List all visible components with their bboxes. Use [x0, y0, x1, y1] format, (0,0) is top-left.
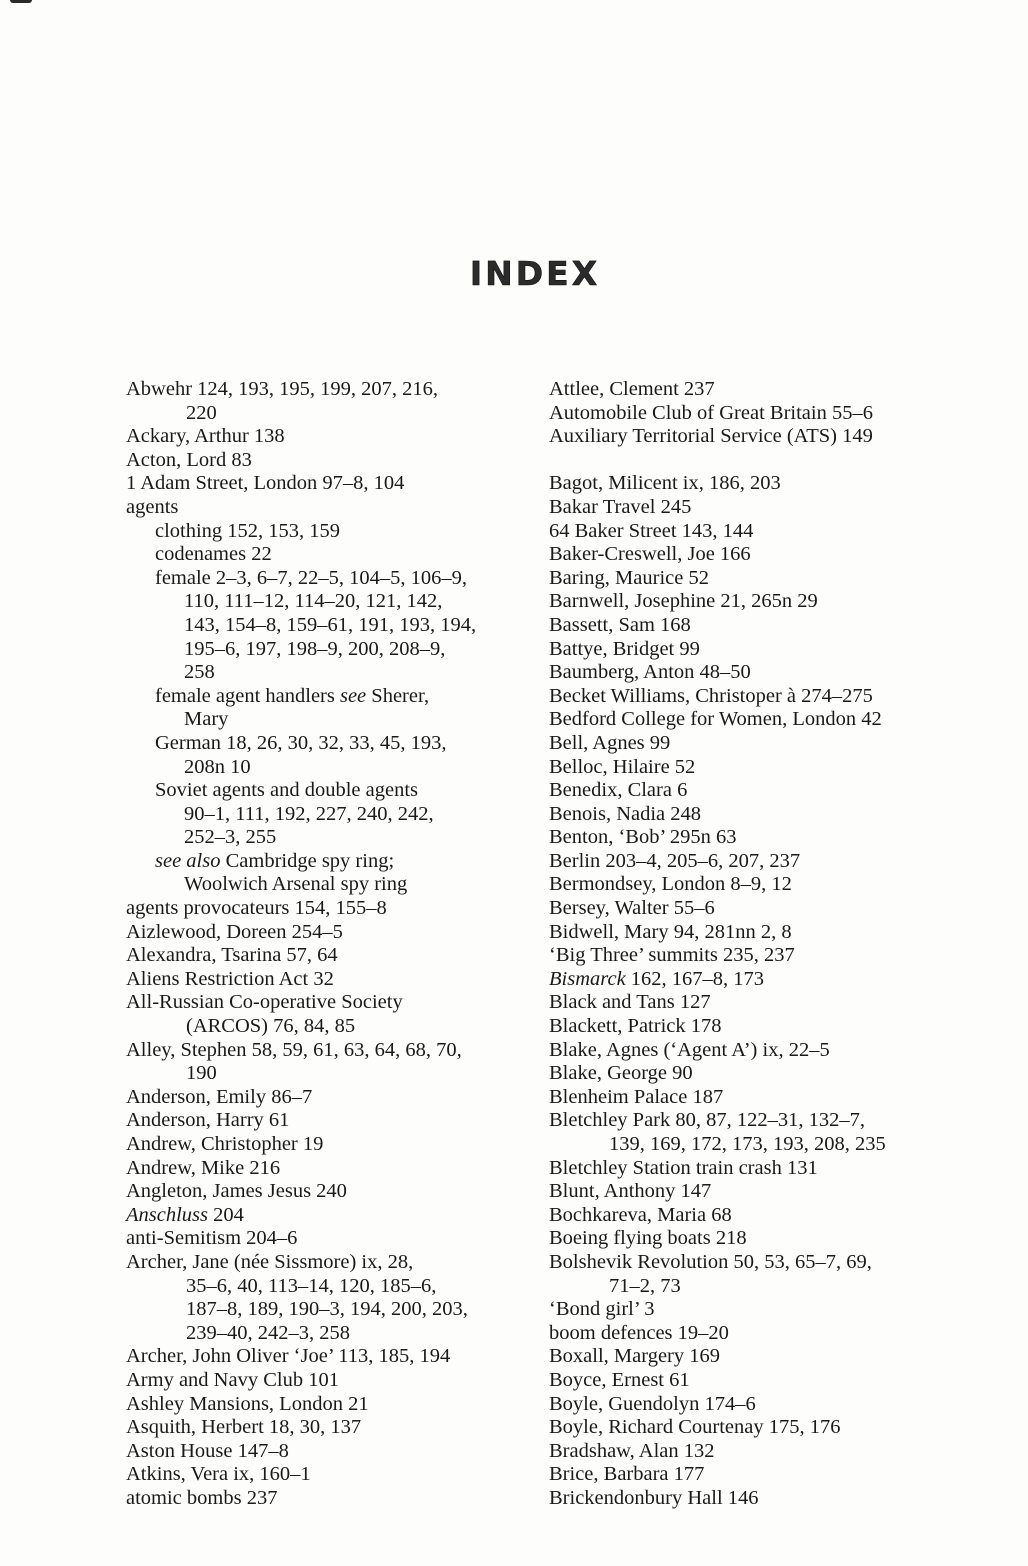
index-entry-line: Ackary, Arthur 138 — [126, 425, 536, 449]
index-entry-continuation: 195–6, 197, 198–9, 200, 208–9, — [126, 638, 536, 662]
index-entry: German 18, 26, 30, 32, 33, 45, 193,208n … — [126, 732, 536, 779]
page-title: INDEX — [0, 254, 1028, 293]
index-entry-line: Battye, Bridget 99 — [549, 638, 949, 662]
index-entry: Aston House 147–8 — [126, 1440, 536, 1464]
index-entry-line: Baker-Creswell, Joe 166 — [549, 543, 949, 567]
index-entry: female agent handlers see Sherer,Mary — [126, 685, 536, 732]
index-entry: Baring, Maurice 52 — [549, 567, 949, 591]
index-entry: Aizlewood, Doreen 254–5 — [126, 921, 536, 945]
italic-term: Bismarck — [549, 968, 626, 990]
index-entry: Bedford College for Women, London 42 — [549, 708, 949, 732]
index-entry: Andrew, Mike 216 — [126, 1157, 536, 1181]
index-entry-line: Brice, Barbara 177 — [549, 1463, 949, 1487]
index-entry-line: atomic bombs 237 — [126, 1487, 536, 1511]
index-entry: Becket Williams, Christoper à 274–275 — [549, 685, 949, 709]
index-entry-line: Baumberg, Anton 48–50 — [549, 661, 949, 685]
index-entry-continuation: 187–8, 189, 190–3, 194, 200, 203, — [126, 1298, 536, 1322]
index-entry-line: Belloc, Hilaire 52 — [549, 756, 949, 780]
index-entry: Blake, Agnes (‘Agent A’) ix, 22–5 — [549, 1039, 949, 1063]
index-entry-line: Benois, Nadia 248 — [549, 803, 949, 827]
index-entry: Boeing flying boats 218 — [549, 1227, 949, 1251]
index-entry-line: Blenheim Palace 187 — [549, 1086, 949, 1110]
index-entry-line: Becket Williams, Christoper à 274–275 — [549, 685, 949, 709]
index-entry: Alexandra, Tsarina 57, 64 — [126, 944, 536, 968]
index-entry-line: Abwehr 124, 193, 195, 199, 207, 216, — [126, 378, 536, 402]
index-entry: Berlin 203–4, 205–6, 207, 237 — [549, 850, 949, 874]
index-entry: Bletchley Station train crash 131 — [549, 1157, 949, 1181]
index-entry: atomic bombs 237 — [126, 1487, 536, 1511]
index-entry: Anderson, Emily 86–7 — [126, 1086, 536, 1110]
index-entry-line: Bletchley Park 80, 87, 122–31, 132–7, — [549, 1109, 949, 1133]
index-entry: Bletchley Park 80, 87, 122–31, 132–7,139… — [549, 1109, 949, 1156]
index-entry: Soviet agents and double agents90–1, 111… — [126, 779, 536, 850]
index-entry: Baker-Creswell, Joe 166 — [549, 543, 949, 567]
index-entry: Bolshevik Revolution 50, 53, 65–7, 69,71… — [549, 1251, 949, 1298]
index-entry: Anschluss 204 — [126, 1204, 536, 1228]
index-entry-continuation: 239–40, 242–3, 258 — [126, 1322, 536, 1346]
index-entry-line: Bradshaw, Alan 132 — [549, 1440, 949, 1464]
index-entry-line: Auxiliary Territorial Service (ATS) 149 — [549, 425, 949, 449]
index-entry-continuation: 258 — [126, 661, 536, 685]
index-entry: Bradshaw, Alan 132 — [549, 1440, 949, 1464]
index-entry-line: Brickendonbury Hall 146 — [549, 1487, 949, 1511]
index-entry-line: Bagot, Milicent ix, 186, 203 — [549, 472, 949, 496]
index-column-left: Abwehr 124, 193, 195, 199, 207, 216,220A… — [126, 378, 536, 1511]
index-entry: Baumberg, Anton 48–50 — [549, 661, 949, 685]
index-entry: Brice, Barbara 177 — [549, 1463, 949, 1487]
index-entry-line: Ashley Mansions, London 21 — [126, 1393, 536, 1417]
index-entry: Benton, ‘Bob’ 295n 63 — [549, 826, 949, 850]
index-entry-line: Alley, Stephen 58, 59, 61, 63, 64, 68, 7… — [126, 1039, 536, 1063]
index-entry: boom defences 19–20 — [549, 1322, 949, 1346]
letter-section-gap — [549, 449, 949, 473]
index-entry-continuation: (ARCOS) 76, 84, 85 — [126, 1015, 536, 1039]
italic-term: Anschluss — [126, 1204, 208, 1226]
index-entry: Alley, Stephen 58, 59, 61, 63, 64, 68, 7… — [126, 1039, 536, 1086]
index-entry-line: boom defences 19–20 — [549, 1322, 949, 1346]
cross-reference-see: see — [340, 685, 366, 707]
index-entry-continuation: 110, 111–12, 114–20, 121, 142, — [126, 590, 536, 614]
index-entry-continuation: Woolwich Arsenal spy ring — [126, 873, 536, 897]
index-entry: Ashley Mansions, London 21 — [126, 1393, 536, 1417]
index-entry: Bermondsey, London 8–9, 12 — [549, 873, 949, 897]
index-entry: agents provocateurs 154, 155–8 — [126, 897, 536, 921]
index-entry-line: Bolshevik Revolution 50, 53, 65–7, 69, — [549, 1251, 949, 1275]
index-entry: Aliens Restriction Act 32 — [126, 968, 536, 992]
index-entry-line: clothing 152, 153, 159 — [126, 520, 536, 544]
index-entry: Bagot, Milicent ix, 186, 203 — [549, 472, 949, 496]
index-entry: agents — [126, 496, 536, 520]
index-entry-continuation: 252–3, 255 — [126, 826, 536, 850]
index-entry-line: female 2–3, 6–7, 22–5, 104–5, 106–9, — [126, 567, 536, 591]
index-entry-line: female agent handlers see Sherer, — [126, 685, 536, 709]
index-entry: codenames 22 — [126, 543, 536, 567]
index-entry-line: Soviet agents and double agents — [126, 779, 536, 803]
index-entry: Blackett, Patrick 178 — [549, 1015, 949, 1039]
index-entry-continuation: 220 — [126, 402, 536, 426]
index-entry: Boxall, Margery 169 — [549, 1345, 949, 1369]
index-entry-line: Aston House 147–8 — [126, 1440, 536, 1464]
index-entry-line: Anderson, Emily 86–7 — [126, 1086, 536, 1110]
index-entry-line: Blake, George 90 — [549, 1062, 949, 1086]
index-entry-line: Archer, John Oliver ‘Joe’ 113, 185, 194 — [126, 1345, 536, 1369]
index-entry: Bassett, Sam 168 — [549, 614, 949, 638]
index-entry: Bidwell, Mary 94, 281nn 2, 8 — [549, 921, 949, 945]
index-entry: Atkins, Vera ix, 160–1 — [126, 1463, 536, 1487]
index-entry: Auxiliary Territorial Service (ATS) 149 — [549, 425, 949, 449]
index-entry: Attlee, Clement 237 — [549, 378, 949, 402]
index-entry: 64 Baker Street 143, 144 — [549, 520, 949, 544]
index-entry-line: Benton, ‘Bob’ 295n 63 — [549, 826, 949, 850]
index-entry-line: Army and Navy Club 101 — [126, 1369, 536, 1393]
index-entry: Bismarck 162, 167–8, 173 — [549, 968, 949, 992]
index-entry: Anderson, Harry 61 — [126, 1109, 536, 1133]
index-entry: Benois, Nadia 248 — [549, 803, 949, 827]
index-column-right: Attlee, Clement 237Automobile Club of Gr… — [549, 378, 949, 1511]
index-entry-continuation: 71–2, 73 — [549, 1275, 949, 1299]
index-entry: Abwehr 124, 193, 195, 199, 207, 216,220 — [126, 378, 536, 425]
index-entry: Bell, Agnes 99 — [549, 732, 949, 756]
index-entry-line: agents — [126, 496, 536, 520]
index-entry: Army and Navy Club 101 — [126, 1369, 536, 1393]
index-entry-line: Bersey, Walter 55–6 — [549, 897, 949, 921]
index-entry-line: codenames 22 — [126, 543, 536, 567]
index-entry: female 2–3, 6–7, 22–5, 104–5, 106–9,110,… — [126, 567, 536, 685]
index-entry-line: Black and Tans 127 — [549, 991, 949, 1015]
index-entry-line: 1 Adam Street, London 97–8, 104 — [126, 472, 536, 496]
index-entry: Bakar Travel 245 — [549, 496, 949, 520]
index-entry: Benedix, Clara 6 — [549, 779, 949, 803]
index-entry-line: agents provocateurs 154, 155–8 — [126, 897, 536, 921]
index-entry-line: Bochkareva, Maria 68 — [549, 1204, 949, 1228]
index-entry-line: Bakar Travel 245 — [549, 496, 949, 520]
index-entry: Barnwell, Josephine 21, 265n 29 — [549, 590, 949, 614]
index-entry-line: Boyle, Guendolyn 174–6 — [549, 1393, 949, 1417]
index-entry: Blenheim Palace 187 — [549, 1086, 949, 1110]
page-edge-mark — [10, 0, 32, 3]
index-entry: Battye, Bridget 99 — [549, 638, 949, 662]
index-entry-line: anti-Semitism 204–6 — [126, 1227, 536, 1251]
index-entry-line: Aizlewood, Doreen 254–5 — [126, 921, 536, 945]
index-entry-line: Bidwell, Mary 94, 281nn 2, 8 — [549, 921, 949, 945]
index-entry-line: Barnwell, Josephine 21, 265n 29 — [549, 590, 949, 614]
index-entry-line: Boeing flying boats 218 — [549, 1227, 949, 1251]
index-entry-line: Alexandra, Tsarina 57, 64 — [126, 944, 536, 968]
index-entry-line: Boxall, Margery 169 — [549, 1345, 949, 1369]
index-entry-line: Blunt, Anthony 147 — [549, 1180, 949, 1204]
index-entry-line: Bermondsey, London 8–9, 12 — [549, 873, 949, 897]
index-entry: see also Cambridge spy ring;Woolwich Ars… — [126, 850, 536, 897]
index-entry-line: Bismarck 162, 167–8, 173 — [549, 968, 949, 992]
index-entry: All-Russian Co-operative Society(ARCOS) … — [126, 991, 536, 1038]
index-entry-line: Anschluss 204 — [126, 1204, 536, 1228]
index-entry: ‘Bond girl’ 3 — [549, 1298, 949, 1322]
index-entry-line: Anderson, Harry 61 — [126, 1109, 536, 1133]
index-entry-line: Archer, Jane (née Sissmore) ix, 28, — [126, 1251, 536, 1275]
index-entry-line: Angleton, James Jesus 240 — [126, 1180, 536, 1204]
index-entry: Angleton, James Jesus 240 — [126, 1180, 536, 1204]
index-entry: Boyle, Richard Courtenay 175, 176 — [549, 1416, 949, 1440]
index-entry: Blake, George 90 — [549, 1062, 949, 1086]
index-entry: ‘Big Three’ summits 235, 237 — [549, 944, 949, 968]
italic-term: see also — [155, 850, 220, 872]
index-entry-line: ‘Bond girl’ 3 — [549, 1298, 949, 1322]
index-entry-line: Bassett, Sam 168 — [549, 614, 949, 638]
index-entry-continuation: 90–1, 111, 192, 227, 240, 242, — [126, 803, 536, 827]
index-entry-line: German 18, 26, 30, 32, 33, 45, 193, — [126, 732, 536, 756]
index-entry: anti-Semitism 204–6 — [126, 1227, 536, 1251]
index-entry-line: Bletchley Station train crash 131 — [549, 1157, 949, 1181]
index-entry-line: Andrew, Christopher 19 — [126, 1133, 536, 1157]
index-entry-line: Benedix, Clara 6 — [549, 779, 949, 803]
index-entry: Archer, John Oliver ‘Joe’ 113, 185, 194 — [126, 1345, 536, 1369]
index-page: INDEX Abwehr 124, 193, 195, 199, 207, 21… — [0, 0, 1028, 1566]
index-entry-line: Blackett, Patrick 178 — [549, 1015, 949, 1039]
index-entry: Blunt, Anthony 147 — [549, 1180, 949, 1204]
index-entry-line: Baring, Maurice 52 — [549, 567, 949, 591]
index-entry: Asquith, Herbert 18, 30, 137 — [126, 1416, 536, 1440]
index-entry-line: Automobile Club of Great Britain 55–6 — [549, 402, 949, 426]
index-entry: Belloc, Hilaire 52 — [549, 756, 949, 780]
index-entry: Boyce, Ernest 61 — [549, 1369, 949, 1393]
index-entry-continuation: 139, 169, 172, 173, 193, 208, 235 — [549, 1133, 949, 1157]
index-entry-line: All-Russian Co-operative Society — [126, 991, 536, 1015]
index-entry-line: Blake, Agnes (‘Agent A’) ix, 22–5 — [549, 1039, 949, 1063]
index-entry: Black and Tans 127 — [549, 991, 949, 1015]
index-entry: Ackary, Arthur 138 — [126, 425, 536, 449]
index-entry-line: Boyce, Ernest 61 — [549, 1369, 949, 1393]
index-entry: clothing 152, 153, 159 — [126, 520, 536, 544]
index-entry-line: Berlin 203–4, 205–6, 207, 237 — [549, 850, 949, 874]
index-entry: Brickendonbury Hall 146 — [549, 1487, 949, 1511]
index-entry: Boyle, Guendolyn 174–6 — [549, 1393, 949, 1417]
index-entry-line: Boyle, Richard Courtenay 175, 176 — [549, 1416, 949, 1440]
index-entry: Bersey, Walter 55–6 — [549, 897, 949, 921]
index-entry: Andrew, Christopher 19 — [126, 1133, 536, 1157]
index-entry-continuation: Mary — [126, 708, 536, 732]
index-entry-continuation: 208n 10 — [126, 756, 536, 780]
index-entry-line: Aliens Restriction Act 32 — [126, 968, 536, 992]
index-entry: 1 Adam Street, London 97–8, 104 — [126, 472, 536, 496]
index-entry: Acton, Lord 83 — [126, 449, 536, 473]
index-entry-line: Bedford College for Women, London 42 — [549, 708, 949, 732]
index-entry-line: see also Cambridge spy ring; — [126, 850, 536, 874]
index-entry-line: 64 Baker Street 143, 144 — [549, 520, 949, 544]
index-entry-line: ‘Big Three’ summits 235, 237 — [549, 944, 949, 968]
index-entry-line: Acton, Lord 83 — [126, 449, 536, 473]
index-entry: Bochkareva, Maria 68 — [549, 1204, 949, 1228]
index-entry-continuation: 190 — [126, 1062, 536, 1086]
index-entry: Automobile Club of Great Britain 55–6 — [549, 402, 949, 426]
index-entry-line: Attlee, Clement 237 — [549, 378, 949, 402]
index-entry-line: Atkins, Vera ix, 160–1 — [126, 1463, 536, 1487]
index-entry-continuation: 143, 154–8, 159–61, 191, 193, 194, — [126, 614, 536, 638]
index-entry: Archer, Jane (née Sissmore) ix, 28,35–6,… — [126, 1251, 536, 1345]
index-entry-continuation: 35–6, 40, 113–14, 120, 185–6, — [126, 1275, 536, 1299]
index-entry-line: Andrew, Mike 216 — [126, 1157, 536, 1181]
index-entry-line: Bell, Agnes 99 — [549, 732, 949, 756]
index-entry-line: Asquith, Herbert 18, 30, 137 — [126, 1416, 536, 1440]
